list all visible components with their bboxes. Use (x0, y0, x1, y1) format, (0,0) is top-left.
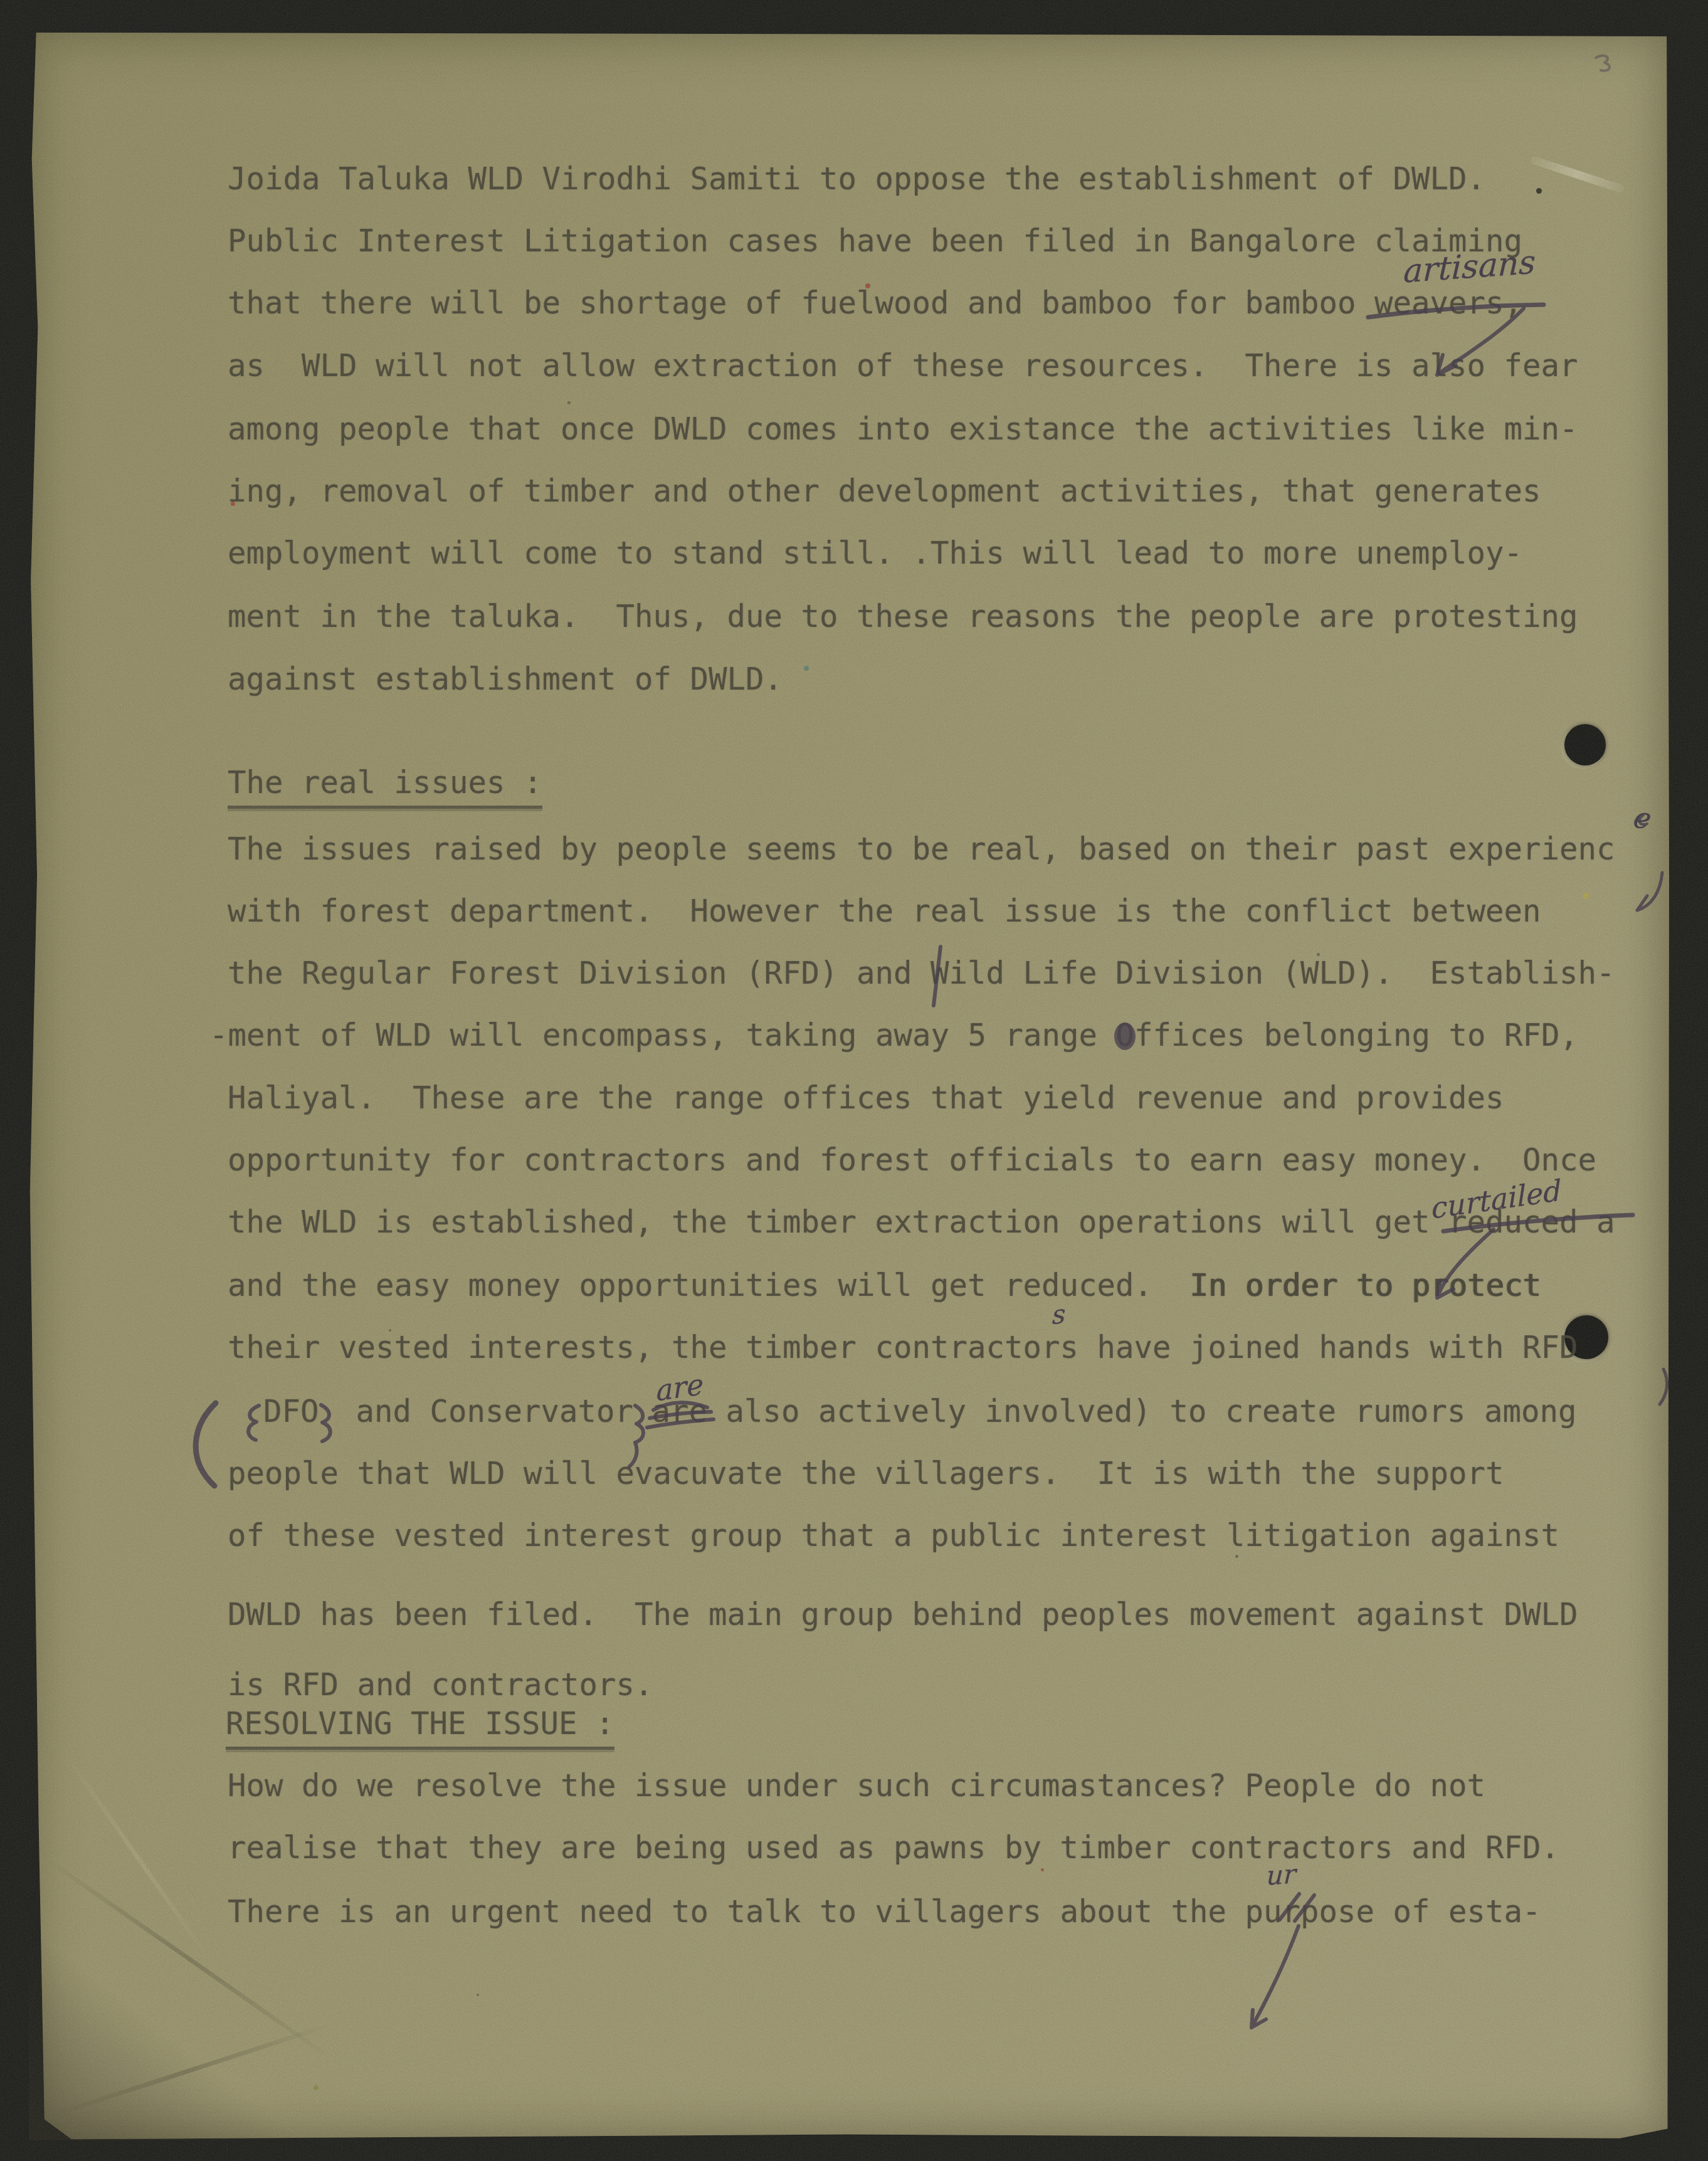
paper-speck-fiber (567, 401, 571, 404)
typed-segment: -ment of WLD will encompass, taking away… (209, 1017, 1578, 1053)
typed-segment: There is an urgent need to talk to villa… (228, 1894, 1541, 1930)
typed-segment: and the easy money opportunities will ge… (228, 1268, 1189, 1303)
handwritten-annotation-plural_s: s (1052, 1298, 1066, 1330)
heading-underline: RESOLVING THE ISSUE : (226, 1706, 614, 1750)
typed-line: There is an urgent need to talk to villa… (228, 1893, 1541, 1931)
typed-segment: people that WLD will evacuvate the villa… (228, 1456, 1504, 1491)
paper-speck-red (231, 502, 235, 506)
typed-line: ing, removal of timber and other develop… (228, 473, 1541, 510)
typed-segment: that there will be shortage of fuelwood … (228, 285, 1374, 321)
typed-line: is RFD and contractors. (228, 1666, 653, 1704)
typed-segment: DWLD has been filed. The main group behi… (228, 1597, 1578, 1633)
typed-line: against establishment of DWLD. (228, 661, 783, 698)
typed-line: -ment of WLD will encompass, taking away… (209, 1017, 1578, 1054)
typed-segment: among people that once DWLD comes into e… (228, 411, 1578, 447)
paper-speck-fiber (1317, 953, 1320, 956)
typed-line: How do we resolve the issue under such c… (228, 1767, 1485, 1805)
typed-line: as WLD will not allow extraction of thes… (228, 347, 1578, 385)
paper-speck-red (865, 283, 870, 288)
heading-underline: The real issues : (228, 765, 542, 809)
typed-line: the WLD is established, the timber extra… (228, 1204, 1615, 1241)
typed-line: DFO and Conservator are also actively in… (263, 1393, 1577, 1431)
typed-segment: their vested interests, the timber contr… (228, 1330, 1578, 1365)
punch-hole (1564, 724, 1606, 765)
typed-segment: Joida Taluka WLD Virodhi Samiti to oppos… (228, 161, 1485, 197)
typed-segment: also actively involved) to create rumors… (707, 1394, 1577, 1429)
typed-segment: the Regular Forest Division (RFD) and Wi… (228, 955, 1615, 991)
typed-line: realise that they are being used as pawn… (228, 1829, 1559, 1867)
typed-line: among people that once DWLD comes into e… (228, 411, 1578, 448)
typed-segment: The issues raised by people seems to be … (228, 831, 1615, 867)
section-heading: RESOLVING THE ISSUE : (226, 1705, 614, 1743)
paper-speck-green (314, 2085, 319, 2090)
paper-scratch-dot (1536, 188, 1542, 194)
typed-line: DWLD has been filed. The main group behi… (228, 1596, 1578, 1634)
typed-segment-bold: In order to protect (1189, 1268, 1541, 1303)
typed-segment: employment will come to stand still. .Th… (228, 535, 1522, 571)
typed-line: their vested interests, the timber contr… (228, 1329, 1578, 1367)
paper-speck-teal (804, 666, 809, 671)
typed-line: with forest department. However the real… (228, 893, 1541, 930)
paper-speck-red (1041, 1868, 1044, 1871)
typed-segment: the WLD is established, the timber extra… (228, 1204, 1448, 1240)
typed-line: the Regular Forest Division (RFD) and Wi… (228, 955, 1615, 992)
typed-segment: ing, removal of timber and other develop… (228, 473, 1541, 509)
typed-segment: of these vested interest group that a pu… (228, 1518, 1559, 1554)
typed-segment: Public Interest Litigation cases have be… (228, 223, 1522, 259)
scanned-page: Joida Taluka WLD Virodhi Samiti to oppos… (0, 0, 1708, 2161)
typed-segment-strike: weavers, (1374, 285, 1522, 321)
typed-segment: is RFD and contractors. (228, 1667, 653, 1703)
section-heading: The real issues : (228, 764, 542, 802)
typed-line: Haliyal. These are the range offices tha… (228, 1080, 1504, 1117)
paper-speck-yellow (1583, 893, 1589, 899)
typed-line: Public Interest Litigation cases have be… (228, 223, 1522, 260)
typed-segment: RESOLVING THE ISSUE : (226, 1706, 614, 1742)
typed-segment: realise that they are being used as pawn… (228, 1830, 1559, 1866)
typed-line: employment will come to stand still. .Th… (228, 535, 1522, 572)
paper-speck-fiber (477, 1994, 479, 1996)
typed-segment: Haliyal. These are the range offices tha… (228, 1080, 1504, 1116)
typed-segment: How do we resolve the issue under such c… (228, 1768, 1485, 1804)
typed-line: ment in the taluka. Thus, due to these r… (228, 598, 1578, 636)
typed-segment: The real issues : (228, 765, 542, 801)
typed-segment: with forest department. However the real… (228, 893, 1541, 929)
typed-segment: DFO and Conservator (263, 1394, 652, 1429)
typed-line: opportunity for contractors and forest o… (228, 1142, 1596, 1179)
typed-line: that there will be shortage of fuelwood … (228, 285, 1522, 322)
paper-speck-fiber (389, 1329, 391, 1332)
typed-line: Joida Taluka WLD Virodhi Samiti to oppos… (228, 160, 1485, 198)
handwritten-annotation-are: are (655, 1367, 704, 1408)
typed-segment: ment in the taluka. Thus, due to these r… (228, 599, 1578, 634)
typed-line: people that WLD will evacuvate the villa… (228, 1455, 1504, 1493)
typed-line: The issues raised by people seems to be … (228, 831, 1615, 868)
handwritten-annotation-ur: ur (1266, 1858, 1297, 1891)
typed-segment: opportunity for contractors and forest o… (228, 1142, 1596, 1178)
typed-segment: against establishment of DWLD. (228, 661, 783, 697)
typed-line: of these vested interest group that a pu… (228, 1517, 1559, 1555)
paper-speck-fiber (1235, 1555, 1238, 1558)
typed-line: and the easy money opportunities will ge… (228, 1267, 1541, 1305)
typed-segment: as WLD will not allow extraction of thes… (228, 348, 1578, 384)
